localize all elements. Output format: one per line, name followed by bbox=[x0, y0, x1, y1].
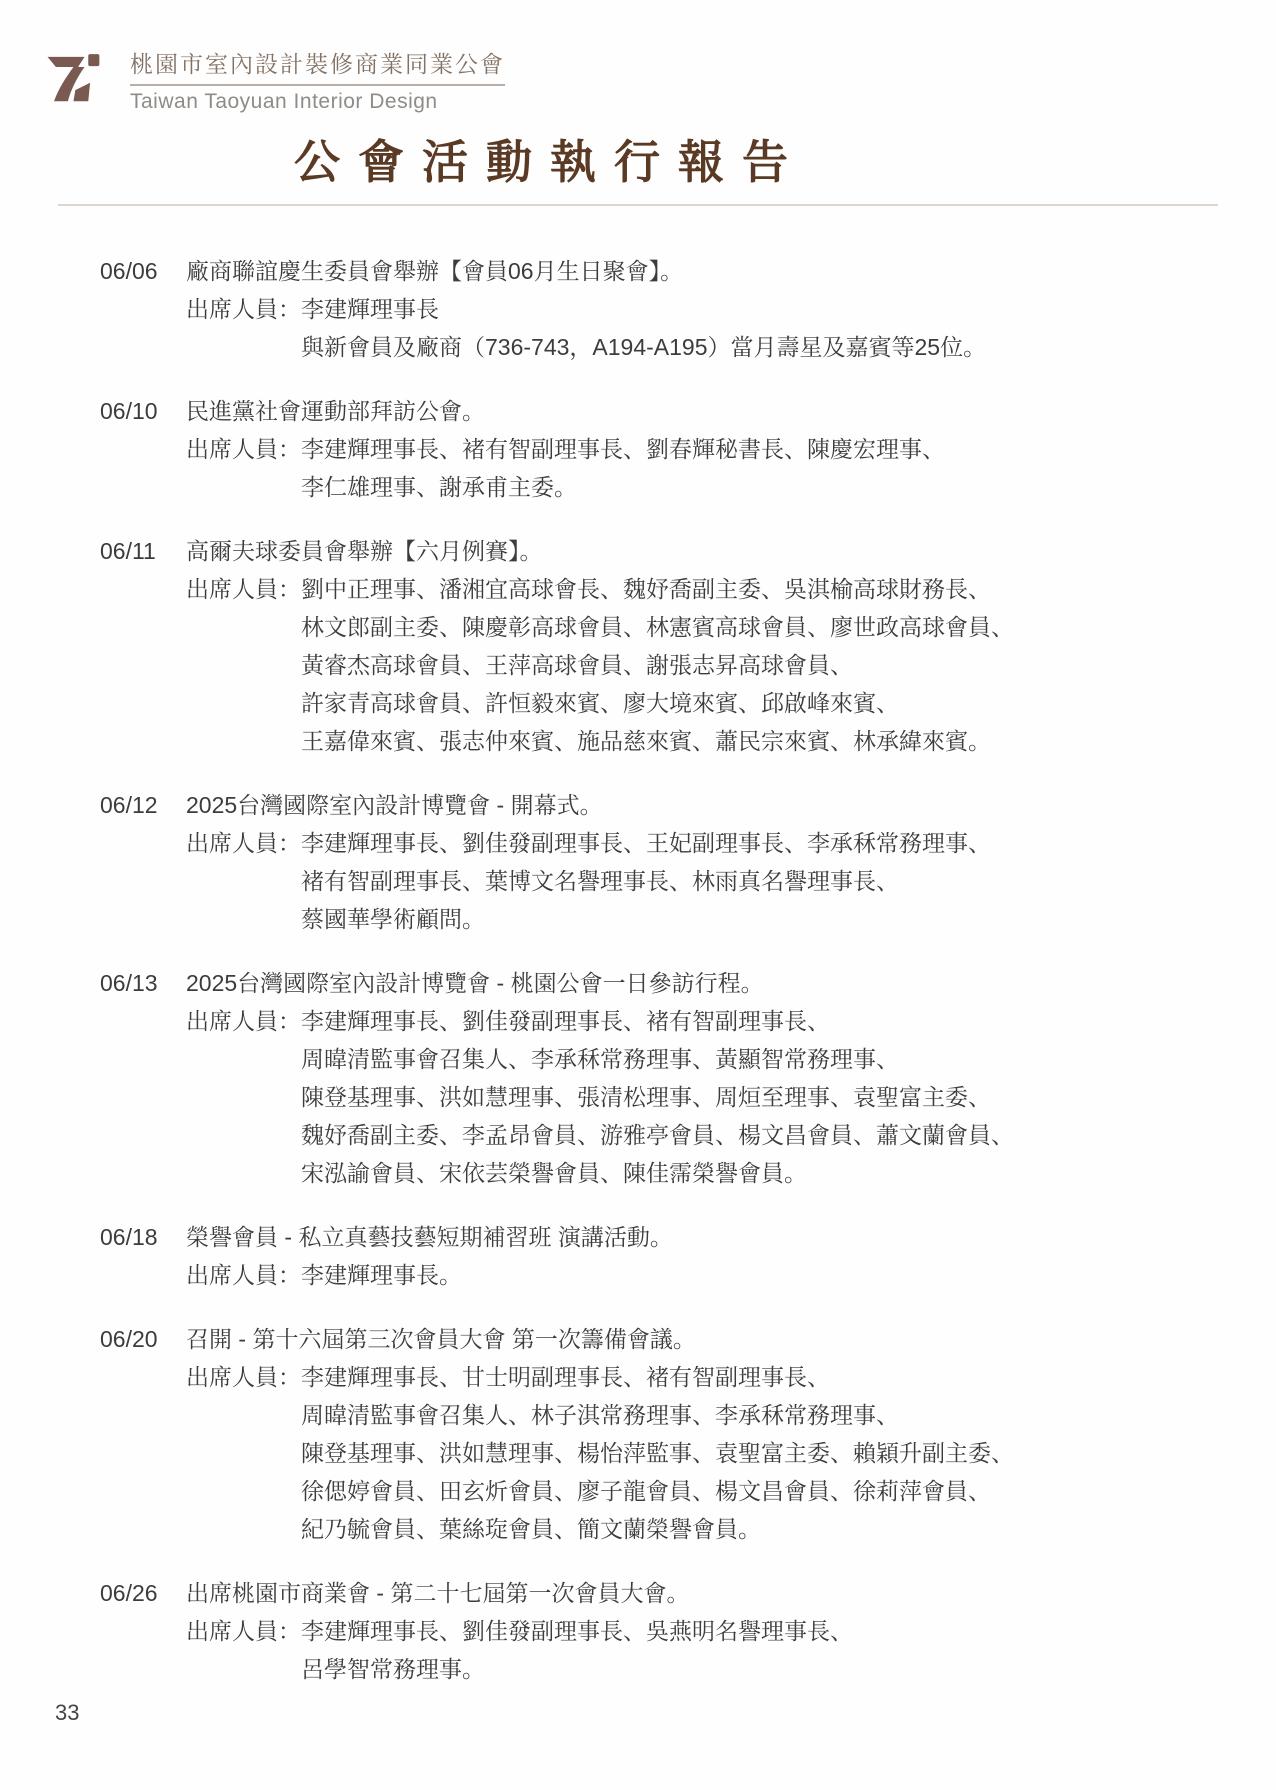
attendee-line: 李建輝理事長、劉佳發副理事長、吳燕明名譽理事長、 bbox=[301, 1612, 1220, 1650]
attendee-row: 出席人員： 李建輝理事長、劉佳發副理事長、褚有智副理事長、周暐清監事會召集人、李… bbox=[186, 1002, 1220, 1192]
entry-content: 出席桃園市商業會 - 第二十七屆第一次會員大會。 出席人員： 李建輝理事長、劉佳… bbox=[186, 1574, 1220, 1688]
attendee-line: 呂學智常務理事。 bbox=[301, 1650, 1220, 1688]
attendee-lines: 李建輝理事長、劉佳發副理事長、王妃副理事長、李承秝常務理事、褚有智副理事長、葉博… bbox=[301, 824, 1220, 938]
attendee-row: 出席人員： 李建輝理事長、甘士明副理事長、褚有智副理事長、周暐清監事會召集人、林… bbox=[186, 1358, 1220, 1548]
activity-entry: 06/12 2025台灣國際室內設計博覽會 - 開幕式。 出席人員： 李建輝理事… bbox=[100, 786, 1220, 938]
entry-title: 召開 - 第十六屆第三次會員大會 第一次籌備會議。 bbox=[186, 1320, 1220, 1358]
association-logo-icon bbox=[42, 51, 116, 109]
entry-date: 06/10 bbox=[100, 392, 186, 506]
attendee-lines: 劉中正理事、潘湘宜高球會長、魏妤喬副主委、吳淇榆高球財務長、林文郎副主委、陳慶彰… bbox=[301, 570, 1220, 760]
attendee-line: 陳登基理事、洪如慧理事、楊怡萍監事、袁聖富主委、賴穎升副主委、 bbox=[301, 1434, 1220, 1472]
entry-date: 06/06 bbox=[100, 252, 186, 366]
org-name-zh: 桃園市室內設計裝修商業同業公會 bbox=[130, 46, 505, 86]
org-name-block: 桃園市室內設計裝修商業同業公會 Taiwan Taoyuan Interior … bbox=[130, 46, 505, 114]
attendee-line: 李建輝理事長、劉佳發副理事長、王妃副理事長、李承秝常務理事、 bbox=[301, 824, 1220, 862]
entry-content: 廠商聯誼慶生委員會舉辦【會員06月生日聚會】。 出席人員： 李建輝理事長與新會員… bbox=[186, 252, 1220, 366]
entries-list: 06/06 廠商聯誼慶生委員會舉辦【會員06月生日聚會】。 出席人員： 李建輝理… bbox=[100, 252, 1220, 1714]
entry-date: 06/11 bbox=[100, 532, 186, 760]
attendees-label: 出席人員： bbox=[186, 290, 301, 366]
activity-entry: 06/11 高爾夫球委員會舉辦【六月例賽】。 出席人員： 劉中正理事、潘湘宜高球… bbox=[100, 532, 1220, 760]
attendee-line: 周暐清監事會召集人、李承秝常務理事、黃顯智常務理事、 bbox=[301, 1040, 1220, 1078]
attendee-row: 出席人員： 劉中正理事、潘湘宜高球會長、魏妤喬副主委、吳淇榆高球財務長、林文郎副… bbox=[186, 570, 1220, 760]
attendee-row: 出席人員： 李建輝理事長、劉佳發副理事長、王妃副理事長、李承秝常務理事、褚有智副… bbox=[186, 824, 1220, 938]
entry-content: 榮譽會員 - 私立真藝技藝短期補習班 演講活動。 出席人員： 李建輝理事長。 bbox=[186, 1218, 1220, 1294]
attendees-label: 出席人員： bbox=[186, 1612, 301, 1688]
attendee-lines: 李建輝理事長、甘士明副理事長、褚有智副理事長、周暐清監事會召集人、林子淇常務理事… bbox=[301, 1358, 1220, 1548]
activity-entry: 06/26 出席桃園市商業會 - 第二十七屆第一次會員大會。 出席人員： 李建輝… bbox=[100, 1574, 1220, 1688]
entry-content: 2025台灣國際室內設計博覽會 - 桃園公會一日參訪行程。 出席人員： 李建輝理… bbox=[186, 964, 1220, 1192]
attendee-line: 劉中正理事、潘湘宜高球會長、魏妤喬副主委、吳淇榆高球財務長、 bbox=[301, 570, 1220, 608]
entry-content: 民進黨社會運動部拜訪公會。 出席人員： 李建輝理事長、褚有智副理事長、劉春輝秘書… bbox=[186, 392, 1220, 506]
attendees-label: 出席人員： bbox=[186, 1358, 301, 1548]
entry-date: 06/26 bbox=[100, 1574, 186, 1688]
attendees-label: 出席人員： bbox=[186, 430, 301, 506]
attendee-line: 李建輝理事長、褚有智副理事長、劉春輝秘書長、陳慶宏理事、 bbox=[301, 430, 1220, 468]
attendee-line: 周暐清監事會召集人、林子淇常務理事、李承秝常務理事、 bbox=[301, 1396, 1220, 1434]
page-title: 公會活動執行報告 bbox=[0, 126, 1100, 192]
attendee-line: 陳登基理事、洪如慧理事、張清松理事、周烜至理事、袁聖富主委、 bbox=[301, 1078, 1220, 1116]
attendee-row: 出席人員： 李建輝理事長。 bbox=[186, 1256, 1220, 1294]
attendee-lines: 李建輝理事長、褚有智副理事長、劉春輝秘書長、陳慶宏理事、李仁雄理事、謝承甫主委。 bbox=[301, 430, 1220, 506]
attendee-line: 李建輝理事長 bbox=[301, 290, 1220, 328]
entry-title: 民進黨社會運動部拜訪公會。 bbox=[186, 392, 1220, 430]
activity-entry: 06/10 民進黨社會運動部拜訪公會。 出席人員： 李建輝理事長、褚有智副理事長… bbox=[100, 392, 1220, 506]
attendee-line: 李建輝理事長、甘士明副理事長、褚有智副理事長、 bbox=[301, 1358, 1220, 1396]
attendee-line: 魏妤喬副主委、李孟昂會員、游雅亭會員、楊文昌會員、蕭文蘭會員、 bbox=[301, 1116, 1220, 1154]
entry-title: 廠商聯誼慶生委員會舉辦【會員06月生日聚會】。 bbox=[186, 252, 1220, 290]
attendee-line: 紀乃毓會員、葉絲琁會員、簡文蘭榮譽會員。 bbox=[301, 1510, 1220, 1548]
attendee-line: 宋泓諭會員、宋依芸榮譽會員、陳佳霈榮譽會員。 bbox=[301, 1154, 1220, 1192]
entry-content: 高爾夫球委員會舉辦【六月例賽】。 出席人員： 劉中正理事、潘湘宜高球會長、魏妤喬… bbox=[186, 532, 1220, 760]
attendee-line: 黃睿杰高球會員、王萍高球會員、謝張志昇高球會員、 bbox=[301, 646, 1220, 684]
attendee-lines: 李建輝理事長與新會員及廠商（736-743，A194-A195）當月壽星及嘉賓等… bbox=[301, 290, 1220, 366]
attendees-label: 出席人員： bbox=[186, 570, 301, 760]
activity-entry: 06/06 廠商聯誼慶生委員會舉辦【會員06月生日聚會】。 出席人員： 李建輝理… bbox=[100, 252, 1220, 366]
attendee-lines: 李建輝理事長。 bbox=[301, 1256, 1220, 1294]
activity-entry: 06/18 榮譽會員 - 私立真藝技藝短期補習班 演講活動。 出席人員： 李建輝… bbox=[100, 1218, 1220, 1294]
attendees-label: 出席人員： bbox=[186, 1256, 301, 1294]
attendee-line: 李仁雄理事、謝承甫主委。 bbox=[301, 468, 1220, 506]
entry-content: 召開 - 第十六屆第三次會員大會 第一次籌備會議。 出席人員： 李建輝理事長、甘… bbox=[186, 1320, 1220, 1548]
attendee-line: 王嘉偉來賓、張志仲來賓、施品慈來賓、蕭民宗來賓、林承緯來賓。 bbox=[301, 722, 1220, 760]
attendee-line: 許家青高球會員、許恒毅來賓、廖大境來賓、邱啟峰來賓、 bbox=[301, 684, 1220, 722]
entry-title: 2025台灣國際室內設計博覽會 - 桃園公會一日參訪行程。 bbox=[186, 964, 1220, 1002]
entry-title: 2025台灣國際室內設計博覽會 - 開幕式。 bbox=[186, 786, 1220, 824]
attendee-lines: 李建輝理事長、劉佳發副理事長、吳燕明名譽理事長、呂學智常務理事。 bbox=[301, 1612, 1220, 1688]
attendee-line: 李建輝理事長。 bbox=[301, 1256, 1220, 1294]
attendees-label: 出席人員： bbox=[186, 824, 301, 938]
activity-entry: 06/13 2025台灣國際室內設計博覽會 - 桃園公會一日參訪行程。 出席人員… bbox=[100, 964, 1220, 1192]
entry-content: 2025台灣國際室內設計博覽會 - 開幕式。 出席人員： 李建輝理事長、劉佳發副… bbox=[186, 786, 1220, 938]
attendee-row: 出席人員： 李建輝理事長、劉佳發副理事長、吳燕明名譽理事長、呂學智常務理事。 bbox=[186, 1612, 1220, 1688]
entry-date: 06/18 bbox=[100, 1218, 186, 1294]
attendee-line: 褚有智副理事長、葉博文名譽理事長、林雨真名譽理事長、 bbox=[301, 862, 1220, 900]
attendee-row: 出席人員： 李建輝理事長、褚有智副理事長、劉春輝秘書長、陳慶宏理事、李仁雄理事、… bbox=[186, 430, 1220, 506]
activity-entry: 06/20 召開 - 第十六屆第三次會員大會 第一次籌備會議。 出席人員： 李建… bbox=[100, 1320, 1220, 1548]
document-page: 桃園市室內設計裝修商業同業公會 Taiwan Taoyuan Interior … bbox=[0, 0, 1276, 1790]
attendee-line: 與新會員及廠商（736-743，A194-A195）當月壽星及嘉賓等25位。 bbox=[301, 328, 1220, 366]
entry-title: 高爾夫球委員會舉辦【六月例賽】。 bbox=[186, 532, 1220, 570]
entry-date: 06/12 bbox=[100, 786, 186, 938]
attendee-row: 出席人員： 李建輝理事長與新會員及廠商（736-743，A194-A195）當月… bbox=[186, 290, 1220, 366]
entry-title: 榮譽會員 - 私立真藝技藝短期補習班 演講活動。 bbox=[186, 1218, 1220, 1256]
attendee-line: 蔡國華學術顧問。 bbox=[301, 900, 1220, 938]
header-logo-block: 桃園市室內設計裝修商業同業公會 Taiwan Taoyuan Interior … bbox=[42, 46, 505, 114]
attendee-line: 李建輝理事長、劉佳發副理事長、褚有智副理事長、 bbox=[301, 1002, 1220, 1040]
entry-date: 06/20 bbox=[100, 1320, 186, 1548]
entry-title: 出席桃園市商業會 - 第二十七屆第一次會員大會。 bbox=[186, 1574, 1220, 1612]
attendees-label: 出席人員： bbox=[186, 1002, 301, 1192]
attendee-lines: 李建輝理事長、劉佳發副理事長、褚有智副理事長、周暐清監事會召集人、李承秝常務理事… bbox=[301, 1002, 1220, 1192]
attendee-line: 林文郎副主委、陳慶彰高球會員、林憲賓高球會員、廖世政高球會員、 bbox=[301, 608, 1220, 646]
title-divider bbox=[58, 204, 1218, 206]
page-number: 33 bbox=[55, 1700, 79, 1726]
attendee-line: 徐偲婷會員、田玄炘會員、廖子龍會員、楊文昌會員、徐莉萍會員、 bbox=[301, 1472, 1220, 1510]
entry-date: 06/13 bbox=[100, 964, 186, 1192]
org-name-en: Taiwan Taoyuan Interior Design bbox=[130, 86, 505, 114]
